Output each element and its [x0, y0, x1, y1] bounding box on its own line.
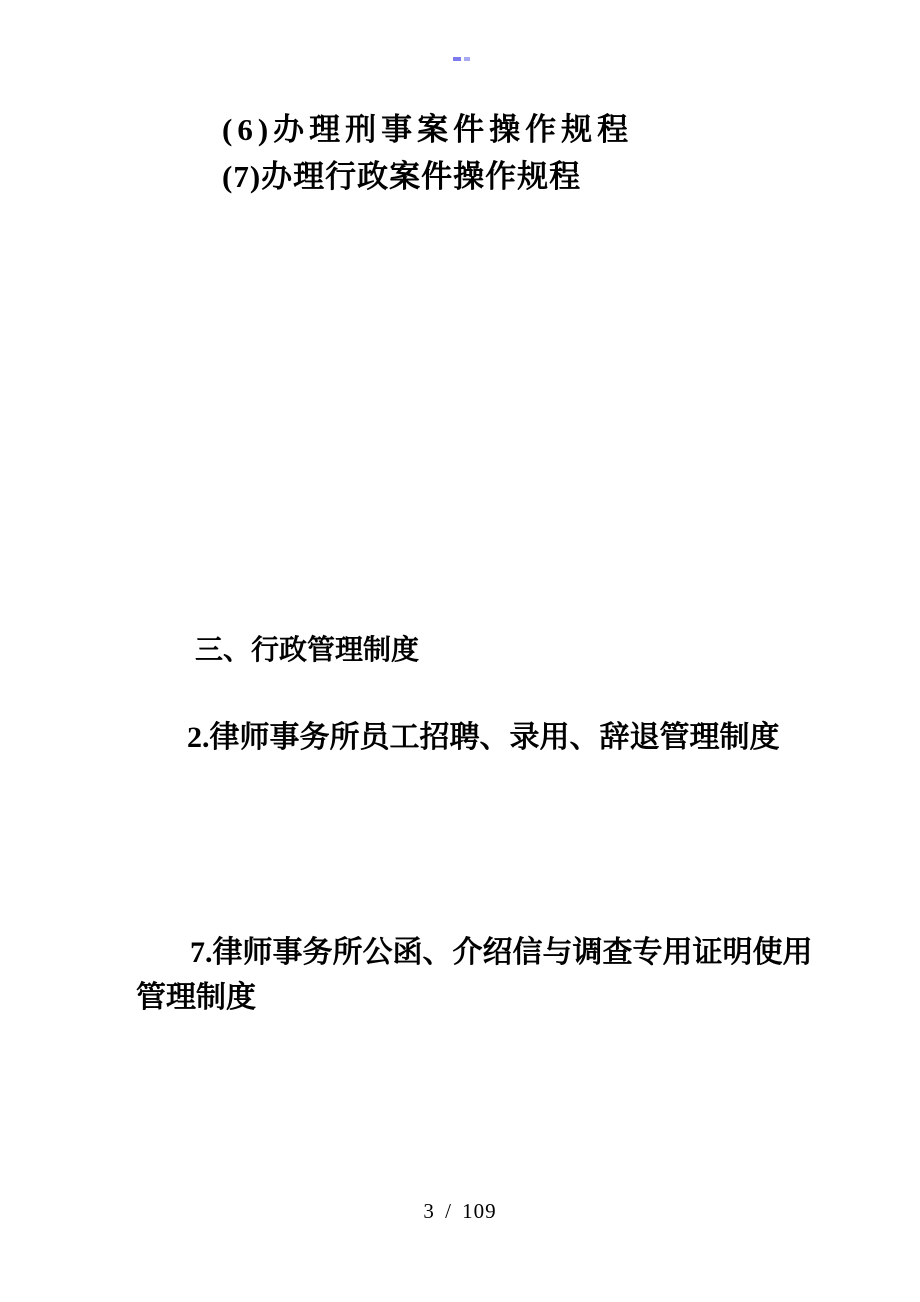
toc-line-procedure-6: (6)办理刑事案件操作规程: [222, 114, 633, 145]
toc-item-7-official-letter-line1: 7.律师事务所公函、介绍信与调查专用证明使用: [190, 938, 813, 968]
header-marks: [453, 57, 470, 61]
page-number-footer: 3 / 109: [0, 1201, 920, 1222]
section-heading-administrative: 三、行政管理制度: [195, 637, 419, 665]
toc-item-7-official-letter-line2: 管理制度: [136, 983, 256, 1013]
header-dash-icon: [464, 57, 470, 61]
header-dash-icon: [453, 57, 461, 61]
toc-item-2-recruitment: 2.律师事务所员工招聘、录用、辞退管理制度: [187, 723, 780, 753]
toc-line-procedure-7: (7)办理行政案件操作规程: [222, 161, 581, 192]
document-page: (6)办理刑事案件操作规程 (7)办理行政案件操作规程 三、行政管理制度 2.律…: [0, 0, 920, 1302]
